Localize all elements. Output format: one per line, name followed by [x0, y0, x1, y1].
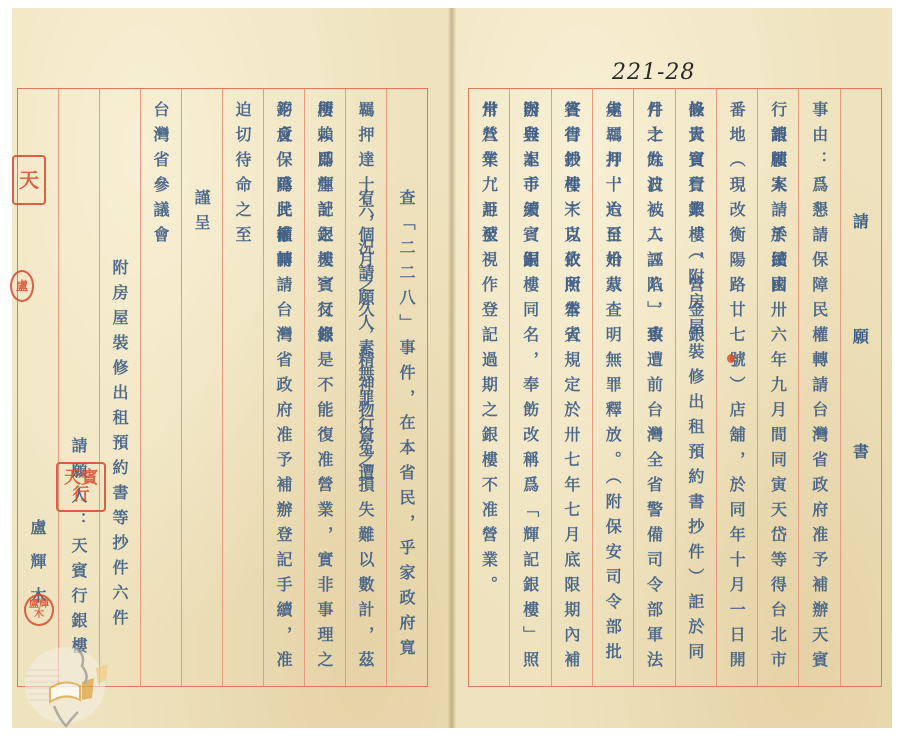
title-column: 請 願 書	[840, 89, 881, 686]
page-fold	[448, 8, 456, 728]
title-char: 書	[841, 439, 881, 462]
red-ink-spot	[727, 354, 735, 363]
text-column: 條貴買賣業。（附房屋裝修出租預約書抄件）詎於同月十九日「二二八」事	[675, 89, 716, 686]
text-column: 附房屋裝修出租預約書等抄件六件	[99, 89, 140, 686]
text-column: 鈞會保障民權轉請台灣省政府准予補辦登記手續，准繼續營業，以慟民情，不勝	[263, 89, 304, 686]
shop-seal-partial: 天	[12, 155, 46, 205]
left-page-grid: 查「二二八」事件，在本省民，乎家政府寬宥，況請願人素無罪行冤遭 羈押達十六個月之…	[17, 88, 428, 687]
text-line: 查「二二八」事件，在本省民，乎家政府寬宥，況請願人素無罪行冤遭	[387, 189, 427, 686]
text-line: 卅八年九月被視作登記過期之銀樓不准營業。	[469, 101, 509, 601]
text-line: 年二月十六日始蒙查明無罪釋放。（附保安司令部批答書抄件）以致所營天	[593, 101, 633, 686]
text-column: 請願人 於民國卅六年九月間同寅天岱等得台北市榮町二丁目二十六	[757, 89, 798, 686]
text-column: 年二月十六日始蒙查明無罪釋放。（附保安司令部批答書抄件）以致所營天	[592, 89, 633, 686]
text-line: 因與本市天賓銀樓同名，奉飭改稱爲「輝記銀樓」照常營業，詎至	[510, 101, 550, 686]
text-column: 台灣省參議會	[140, 89, 181, 686]
text-column: 迫切待命之至	[222, 89, 263, 686]
text-line: 番地（現改衡陽路廿七號）店舖，於同年十月一日開設天賓行銀樓，營金銀	[717, 101, 757, 686]
text-column: 件之餘波被人誣陷，致遭前台灣全省警備司令部軍法處羈押，迨至卅八	[633, 89, 674, 686]
text-column: 因與本市天賓銀樓同名，奉飭改稱爲「輝記銀樓」照常營業，詎至	[509, 89, 550, 686]
text-line: 賓行銀樓未克依照本省規定於卅七年七月底限期內補辦登記手續，嗣	[552, 101, 592, 686]
text-line: 件之餘波被人誣陷，致遭前台灣全省警備司令部軍法處羈押，迨至卅八	[634, 101, 674, 686]
respectfully-submitted: 謹呈	[182, 189, 222, 239]
round-seal-partial: 盧	[10, 270, 34, 302]
title-char: 願	[841, 324, 881, 347]
shop-seal: 天賓 行	[56, 462, 106, 512]
text-column: 卅八年九月被視作登記過期之銀樓不准營業。	[469, 89, 509, 686]
text-column: 請願人：天賓行銀樓	[58, 89, 99, 686]
text-line: 條貴買賣業。（附房屋裝修出租預約書抄件）詎於同月十九日「二二八」事	[676, 101, 716, 686]
text-column: 樓（即輝記銀樓）又條是不能復准營業，實非事理之平反，爲此籲請	[304, 89, 345, 686]
text-column: 謹呈	[181, 89, 222, 686]
text-column: 羈押達十六個月之久，精神物資之損失難以數計，茲所賴爲生計之天賓行銀	[345, 89, 386, 686]
recipient-name: 台灣省參議會	[141, 101, 181, 251]
petitioner-line: 請願人 於民國卅六年九月間同寅天岱等得台北市榮町二丁目二十六	[758, 101, 798, 686]
text-column: 事由：爲懇請保障民權轉請台灣省政府准予補辦天賓行銀樓案請手續由	[798, 89, 839, 686]
handwritten-archive-number: 221-28	[612, 60, 695, 85]
text-line: 樓（即輝記銀樓）又條是不能復准營業，實非事理之平反，爲此籲請	[305, 101, 345, 686]
text-line: 鈞會保障民權轉請台灣省政府准予補辦登記手續，准繼續營業，以慟民情，不勝	[264, 101, 304, 686]
personal-seal: 盧輝 木	[24, 594, 54, 626]
text-column: 番地（現改衡陽路廿七號）店舖，於同年十月一日開設天賓行銀樓，營金銀	[716, 89, 757, 686]
text-column: 賓行銀樓未克依照本省規定於卅七年七月底限期內補辦登記手續，嗣	[551, 89, 592, 686]
closing-text: 迫切待命之至	[223, 101, 263, 251]
text-line: 羈押達十六個月之久，精神物資之損失難以數計，茲所賴爲生計之天賓行銀	[346, 101, 386, 686]
attachments-note: 附房屋裝修出租預約書等抄件六件	[100, 259, 140, 634]
right-page-grid: 請 願 書 事由：爲懇請保障民權轉請台灣省政府准予補辦天賓行銀樓案請手續由 請願…	[468, 88, 882, 687]
archive-logo-icon	[20, 640, 120, 735]
subject-text: 事由：爲懇請保障民權轉請台灣省政府准予補辦天賓行銀樓案請手續由	[799, 101, 839, 686]
text-column: 查「二二八」事件，在本省民，乎家政府寬宥，況請願人素無罪行冤遭	[386, 89, 427, 686]
title-char: 請	[841, 209, 881, 232]
